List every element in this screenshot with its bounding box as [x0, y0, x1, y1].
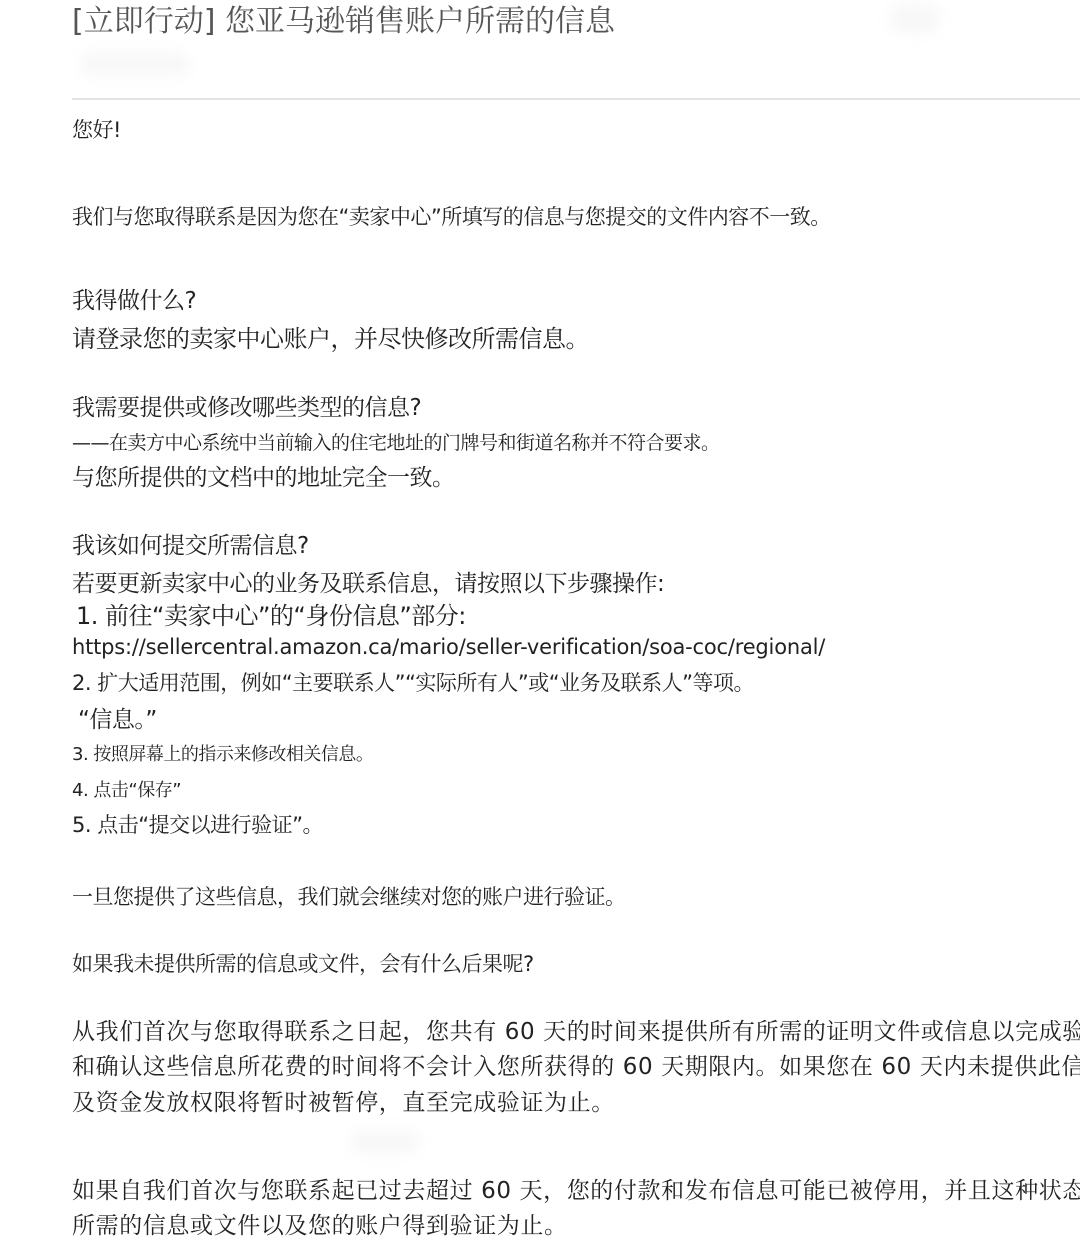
email-message-view: [立即行动] 您亚马逊销售账户所需的信息 您好! 我们与您取得联系是因为您在“卖… — [0, 0, 1080, 1249]
consequences-p1-line-3: 及资金发放权限将暂时被暂停，直至完成验证为止。 — [72, 1092, 615, 1115]
consequences-p1-line-1: 从我们首次与您取得联系之日起，您共有 60 天的时间来提供所有所需的证明文件或信… — [72, 1021, 1080, 1044]
how-submit-intro: 若要更新卖家中心的业务及联系信息，请按照以下步骤操作: — [72, 573, 664, 596]
header-divider — [72, 98, 1080, 100]
consequences-heading: 如果我未提供所需的信息或文件，会有什么后果呢? — [72, 954, 534, 975]
what-to-do-heading: 我得做什么? — [72, 290, 196, 313]
what-info-line-1: ——在卖方中心系统中当前输入的住宅地址的门牌号和街道名称并不符合要求。 — [72, 434, 720, 453]
step-4: 4. 点击“保存” — [72, 782, 181, 800]
what-info-heading: 我需要提供或修改哪些类型的信息? — [72, 397, 421, 420]
intro-paragraph: 我们与您取得联系是因为您在“卖家中心”所填写的信息与您提交的文件内容不一致。 — [72, 207, 831, 228]
consequences-p2-line-1: 如果自我们首次与您联系起已过去超过 60 天，您的付款和发布信息可能已被停用，并… — [72, 1180, 1080, 1203]
how-submit-heading: 我该如何提交所需信息? — [72, 535, 309, 558]
redacted-sender-area — [80, 52, 190, 76]
greeting: 您好! — [72, 120, 121, 141]
step-5: 5. 点击“提交以进行验证”。 — [72, 815, 323, 836]
email-subject: [立即行动] 您亚马逊销售账户所需的信息 — [72, 7, 615, 37]
consequences-p1-line-2: 和确认这些信息所花费的时间将不会计入您所获得的 60 天期限内。如果您在 60 … — [72, 1056, 1080, 1079]
step-3: 3. 按照屏幕上的指示来修改相关信息。 — [72, 746, 373, 764]
what-to-do-text: 请登录您的卖家中心账户，并尽快修改所需信息。 — [72, 327, 589, 351]
redacted-area — [350, 1130, 420, 1154]
redacted-header-area — [890, 4, 940, 34]
step-1: 1. 前往“卖家中心”的“身份信息”部分: — [76, 604, 466, 628]
step-2-continuation: “信息。” — [78, 709, 157, 732]
step-2: 2. 扩大适用范围，例如“主要联系人”“实际所有人”或“业务及联系人”等项。 — [72, 673, 754, 694]
verification-note: 一旦您提供了这些信息，我们就会继续对您的账户进行验证。 — [72, 887, 626, 908]
what-info-line-2: 与您所提供的文档中的地址完全一致。 — [72, 467, 455, 490]
consequences-p2-line-2: 所需的信息或文件以及您的账户得到验证为止。 — [72, 1215, 568, 1238]
seller-verification-link[interactable]: https://sellercentral.amazon.ca/mario/se… — [72, 637, 825, 658]
